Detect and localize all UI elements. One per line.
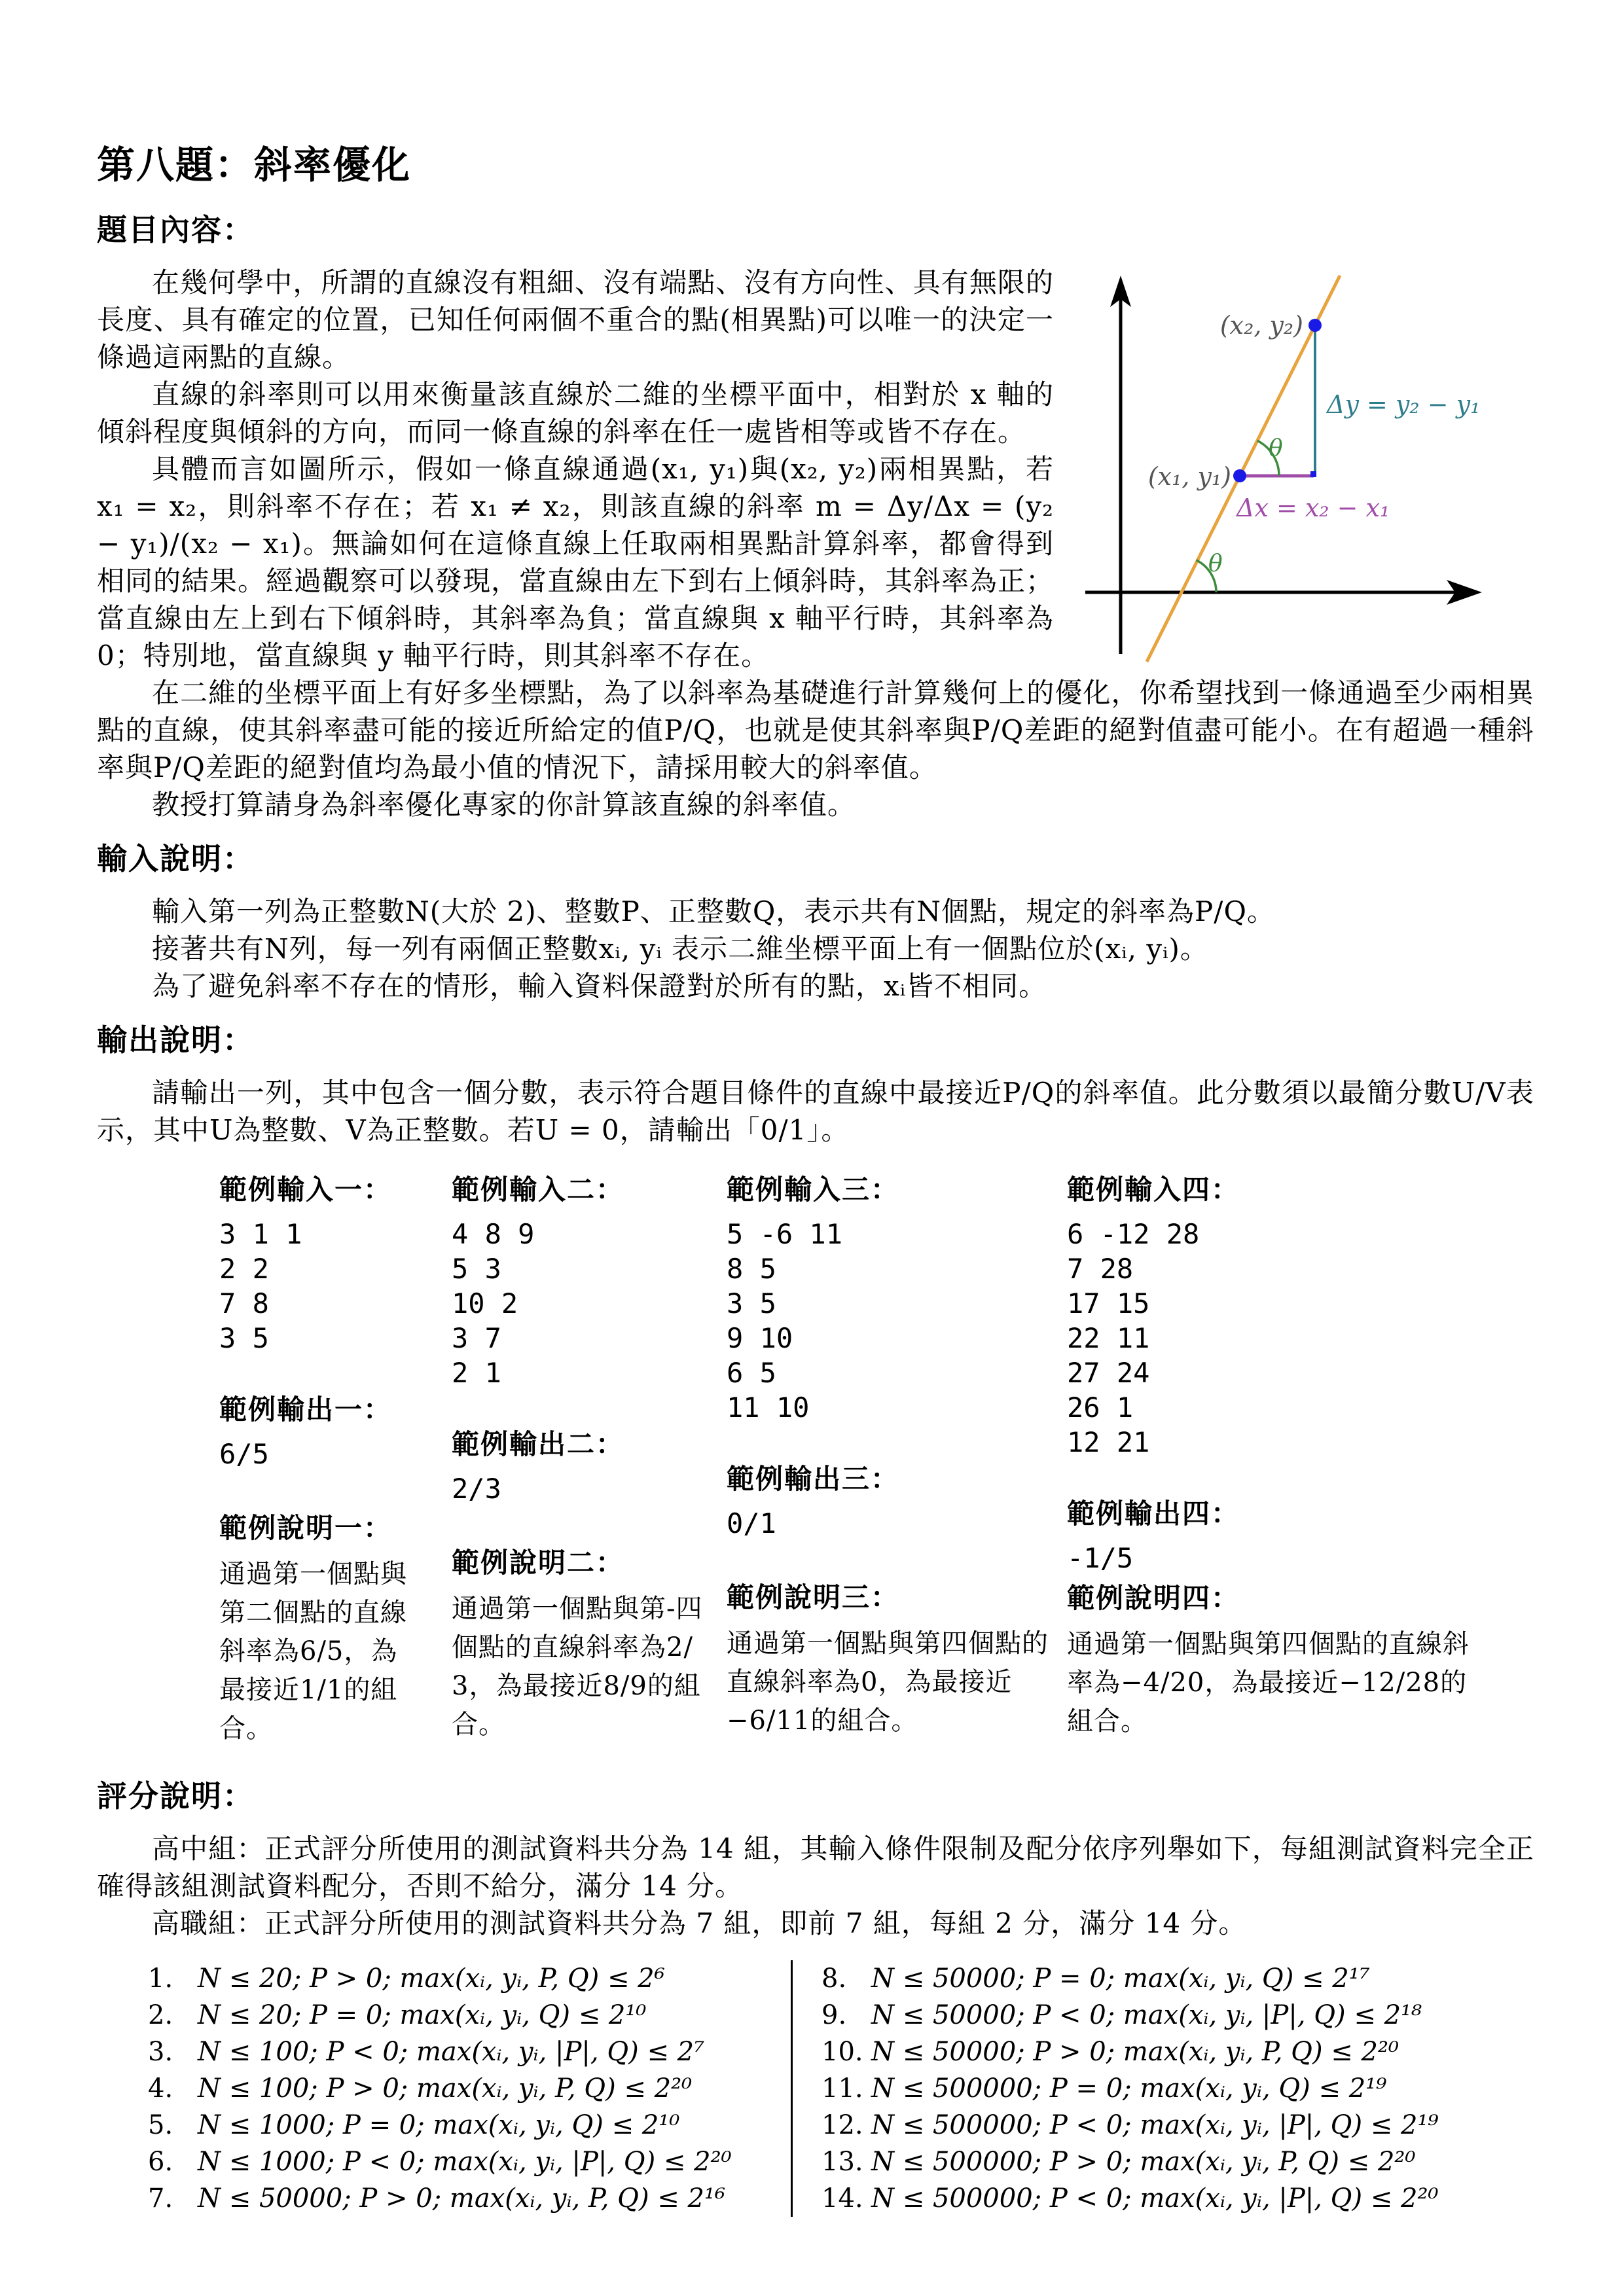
section-heading-scoring: 評分說明： — [97, 1772, 1534, 1816]
sample-1-input-label: 範例輸入一： — [219, 1168, 410, 1208]
constraint-item: 12.N ≤ 500000; P < 0; max(xᵢ, yᵢ, |P|, Q… — [821, 2107, 1439, 2144]
section-heading-problem: 題目內容： — [97, 206, 1534, 249]
constraint-text: N ≤ 100; P > 0; max(xᵢ, yᵢ, P, Q) ≤ 2²⁰ — [198, 2070, 692, 2107]
sample-3-input-line: 5 -6 11 — [727, 1217, 1049, 1251]
sample-4-explain-text: 通過第一個點與第四個點的直線斜率為−4/20，為最接近−12/28的組合。 — [1067, 1625, 1486, 1741]
sample-4-input-line: 7 28 — [1067, 1251, 1486, 1286]
constraint-text: N ≤ 1000; P < 0; max(xᵢ, yᵢ, |P|, Q) ≤ 2… — [198, 2144, 732, 2180]
constraint-text: N ≤ 50000; P = 0; max(xᵢ, yᵢ, Q) ≤ 2¹⁷ — [871, 1960, 1370, 1997]
sample-3-input-line: 11 10 — [727, 1390, 1049, 1425]
output-paragraph-1: 請輸出一列，其中包含一個分數，表示符合題目條件的直線中最接近P/Q的斜率值。此分… — [97, 1074, 1534, 1149]
constraint-item: 4.N ≤ 100; P > 0; max(xᵢ, yᵢ, P, Q) ≤ 2²… — [148, 2070, 791, 2107]
sample-2-input-line: 2 1 — [452, 1355, 707, 1390]
point-2 — [1308, 319, 1322, 332]
constraint-text: N ≤ 20; P = 0; max(xᵢ, yᵢ, Q) ≤ 2¹⁰ — [198, 1997, 646, 2034]
sample-3-explain-label: 範例說明三： — [727, 1576, 1049, 1615]
constraint-item: 3.N ≤ 100; P < 0; max(xᵢ, yᵢ, |P|, Q) ≤ … — [148, 2034, 791, 2070]
constraints-column-left: 1.N ≤ 20; P > 0; max(xᵢ, yᵢ, P, Q) ≤ 2⁶ … — [97, 1960, 793, 2217]
sample-3-input-line: 8 5 — [727, 1251, 1049, 1286]
document-page: 第八題：斜率優化 題目內容： — [0, 0, 1624, 2296]
sample-4-input-line: 12 21 — [1067, 1425, 1486, 1460]
constraint-number: 13. — [821, 2144, 871, 2180]
constraint-item: 10.N ≤ 50000; P > 0; max(xᵢ, yᵢ, P, Q) ≤… — [821, 2034, 1439, 2070]
sample-1-input-line: 3 5 — [219, 1321, 410, 1355]
paragraph-5: 教授打算請身為斜率優化專家的你計算該直線的斜率值。 — [97, 786, 1534, 823]
sample-1-output-value: 6/5 — [219, 1437, 410, 1471]
constraint-number: 14. — [821, 2180, 871, 2217]
sample-1-input-line: 2 2 — [219, 1251, 410, 1286]
sample-1-explain-label: 範例說明一： — [219, 1507, 410, 1546]
constraint-text: N ≤ 50000; P < 0; max(xᵢ, yᵢ, |P|, Q) ≤ … — [871, 1997, 1422, 2034]
constraint-number: 3. — [148, 2034, 198, 2070]
constraint-item: 5.N ≤ 1000; P = 0; max(xᵢ, yᵢ, Q) ≤ 2¹⁰ — [148, 2107, 791, 2144]
constraint-text: N ≤ 50000; P > 0; max(xᵢ, yᵢ, P, Q) ≤ 2²… — [871, 2034, 1399, 2070]
constraint-item: 1.N ≤ 20; P > 0; max(xᵢ, yᵢ, P, Q) ≤ 2⁶ — [148, 1960, 791, 1997]
right-angle-mark — [1310, 471, 1316, 477]
sample-4-output-label: 範例輸出四： — [1067, 1492, 1486, 1532]
sample-4-input-label: 範例輸入四： — [1067, 1168, 1486, 1208]
constraint-text: N ≤ 500000; P = 0; max(xᵢ, yᵢ, Q) ≤ 2¹⁹ — [871, 2070, 1386, 2107]
constraint-item: 13.N ≤ 500000; P > 0; max(xᵢ, yᵢ, P, Q) … — [821, 2144, 1439, 2180]
sample-4-input-line: 27 24 — [1067, 1355, 1486, 1390]
sample-1-output-label: 範例輸出一： — [219, 1388, 410, 1427]
constraint-number: 4. — [148, 2070, 198, 2107]
document-content: 第八題：斜率優化 題目內容： — [97, 134, 1534, 2217]
sample-4-input-line: 6 -12 28 — [1067, 1217, 1486, 1251]
scoring-paragraph-2: 高職組：正式評分所使用的測試資料共分為 7 組，即前 7 組，每組 2 分，滿分… — [97, 1905, 1534, 1942]
slope-figure: (x₂, y₂) (x₁, y₁) Δy = y₂ − y₁ Δx = x₂ −… — [1076, 266, 1534, 667]
constraint-item: 7.N ≤ 50000; P > 0; max(xᵢ, yᵢ, P, Q) ≤ … — [148, 2180, 791, 2217]
theta-label-axis: θ — [1208, 550, 1223, 577]
constraint-item: 2.N ≤ 20; P = 0; max(xᵢ, yᵢ, Q) ≤ 2¹⁰ — [148, 1997, 791, 2034]
sample-1-input-line: 7 8 — [219, 1286, 410, 1321]
constraint-number: 8. — [821, 1960, 871, 1997]
delta-x-label: Δx = x₂ − x₁ — [1235, 493, 1390, 522]
paragraph-4: 在二維的坐標平面上有好多坐標點，為了以斜率為基礎進行計算幾何上的優化，你希望找到… — [97, 674, 1534, 786]
sample-3-input-label: 範例輸入三： — [727, 1168, 1049, 1208]
sample-2-input-line: 5 3 — [452, 1251, 707, 1286]
point-1 — [1233, 469, 1246, 482]
sample-3: 範例輸入三： 5 -6 11 8 5 3 5 9 10 6 5 11 10 範例… — [727, 1168, 1049, 1740]
sample-4: 範例輸入四： 6 -12 28 7 28 17 15 22 11 27 24 2… — [1067, 1168, 1486, 1741]
constraint-item: 11.N ≤ 500000; P = 0; max(xᵢ, yᵢ, Q) ≤ 2… — [821, 2070, 1439, 2107]
sample-4-input-line: 22 11 — [1067, 1321, 1486, 1355]
sample-3-input-line: 3 5 — [727, 1286, 1049, 1321]
section-heading-output: 輸出說明： — [97, 1016, 1534, 1060]
constraint-text: N ≤ 500000; P > 0; max(xᵢ, yᵢ, P, Q) ≤ 2… — [871, 2144, 1415, 2180]
constraints-column-right: 8.N ≤ 50000; P = 0; max(xᵢ, yᵢ, Q) ≤ 2¹⁷… — [793, 1960, 1439, 2217]
point-2-label: (x₂, y₂) — [1220, 311, 1303, 340]
constraint-number: 6. — [148, 2144, 198, 2180]
constraints-list: 1.N ≤ 20; P > 0; max(xᵢ, yᵢ, P, Q) ≤ 2⁶ … — [97, 1960, 1534, 2217]
sample-1-input-line: 3 1 1 — [219, 1217, 410, 1251]
sample-2-output-value: 2/3 — [452, 1471, 707, 1506]
point-1-label: (x₁, y₁) — [1148, 462, 1231, 491]
sample-3-output-value: 0/1 — [727, 1506, 1049, 1541]
constraint-text: N ≤ 1000; P = 0; max(xᵢ, yᵢ, Q) ≤ 2¹⁰ — [198, 2107, 679, 2144]
sample-3-output-label: 範例輸出三： — [727, 1458, 1049, 1497]
input-paragraph-2: 接著共有N列，每一列有兩個正整數xᵢ, yᵢ 表示二維坐標平面上有一個點位於(x… — [97, 930, 1534, 967]
sample-2-input-line: 3 7 — [452, 1321, 707, 1355]
constraint-text: N ≤ 100; P < 0; max(xᵢ, yᵢ, |P|, Q) ≤ 2⁷ — [198, 2034, 704, 2070]
sample-4-explain-label: 範例說明四： — [1067, 1577, 1486, 1616]
constraint-number: 9. — [821, 1997, 871, 2034]
input-paragraph-3: 為了避免斜率不存在的情形，輸入資料保證對於所有的點，xᵢ皆不相同。 — [97, 967, 1534, 1005]
scoring-paragraph-1: 高中組：正式評分所使用的測試資料共分為 14 組，其輸入條件限制及配分依序列舉如… — [97, 1830, 1534, 1905]
sample-3-input-line: 6 5 — [727, 1355, 1049, 1390]
theta-label-upper: θ — [1269, 435, 1283, 462]
constraint-text: N ≤ 500000; P < 0; max(xᵢ, yᵢ, |P|, Q) ≤… — [871, 2180, 1439, 2217]
sample-2-explain-text: 通過第一個點與第-四個點的直線斜率為2/3，為最接近8/9的組合。 — [452, 1590, 707, 1744]
sample-4-input-line: 26 1 — [1067, 1390, 1486, 1425]
sample-4-output-value: -1/5 — [1067, 1541, 1486, 1575]
sample-4-input-line: 17 15 — [1067, 1286, 1486, 1321]
page-title: 第八題：斜率優化 — [97, 134, 1534, 189]
samples-section: 範例輸入一： 3 1 1 2 2 7 8 3 5 範例輸出一： 6/5 範例說明… — [97, 1168, 1534, 1761]
sample-3-explain-text: 通過第一個點與第四個點的直線斜率為0，為最接近−6/11的組合。 — [727, 1624, 1049, 1740]
sample-2-input-line: 10 2 — [452, 1286, 707, 1321]
constraint-number: 11. — [821, 2070, 871, 2107]
section-heading-input: 輸入說明： — [97, 835, 1534, 878]
constraint-item: 9.N ≤ 50000; P < 0; max(xᵢ, yᵢ, |P|, Q) … — [821, 1997, 1439, 2034]
sample-2-input-label: 範例輸入二： — [452, 1168, 707, 1208]
constraint-item: 14.N ≤ 500000; P < 0; max(xᵢ, yᵢ, |P|, Q… — [821, 2180, 1439, 2217]
constraint-number: 2. — [148, 1997, 198, 2034]
slope-diagram: (x₂, y₂) (x₁, y₁) Δy = y₂ − y₁ Δx = x₂ −… — [1076, 266, 1534, 667]
sample-2-explain-label: 範例說明二： — [452, 1541, 707, 1581]
constraint-number: 7. — [148, 2180, 198, 2217]
constraint-text: N ≤ 50000; P > 0; max(xᵢ, yᵢ, P, Q) ≤ 2¹… — [198, 2180, 725, 2217]
sample-2: 範例輸入二： 4 8 9 5 3 10 2 3 7 2 1 範例輸出二： 2/3… — [452, 1168, 707, 1744]
constraint-number: 1. — [148, 1960, 198, 1997]
constraint-text: N ≤ 500000; P < 0; max(xᵢ, yᵢ, |P|, Q) ≤… — [871, 2107, 1439, 2144]
constraint-number: 10. — [821, 2034, 871, 2070]
sample-3-input-line: 9 10 — [727, 1321, 1049, 1355]
sample-1: 範例輸入一： 3 1 1 2 2 7 8 3 5 範例輸出一： 6/5 範例說明… — [219, 1168, 410, 1748]
constraint-item: 8.N ≤ 50000; P = 0; max(xᵢ, yᵢ, Q) ≤ 2¹⁷ — [821, 1960, 1439, 1997]
constraint-item: 6.N ≤ 1000; P < 0; max(xᵢ, yᵢ, |P|, Q) ≤… — [148, 2144, 791, 2180]
constraint-text: N ≤ 20; P > 0; max(xᵢ, yᵢ, P, Q) ≤ 2⁶ — [198, 1960, 665, 1997]
sample-2-output-label: 範例輸出二： — [452, 1423, 707, 1462]
problem-statement: (x₂, y₂) (x₁, y₁) Δy = y₂ − y₁ Δx = x₂ −… — [97, 264, 1534, 823]
sample-2-input-line: 4 8 9 — [452, 1217, 707, 1251]
constraint-number: 5. — [148, 2107, 198, 2144]
input-paragraph-1: 輸入第一列為正整數N(大於 2)、整數P、正整數Q，表示共有N個點，規定的斜率為… — [97, 893, 1534, 930]
delta-y-label: Δy = y₂ − y₁ — [1326, 390, 1480, 419]
sample-1-explain-text: 通過第一個點與第二個點的直線斜率為6/5，為最接近1/1的組合。 — [219, 1555, 410, 1748]
constraint-number: 12. — [821, 2107, 871, 2144]
